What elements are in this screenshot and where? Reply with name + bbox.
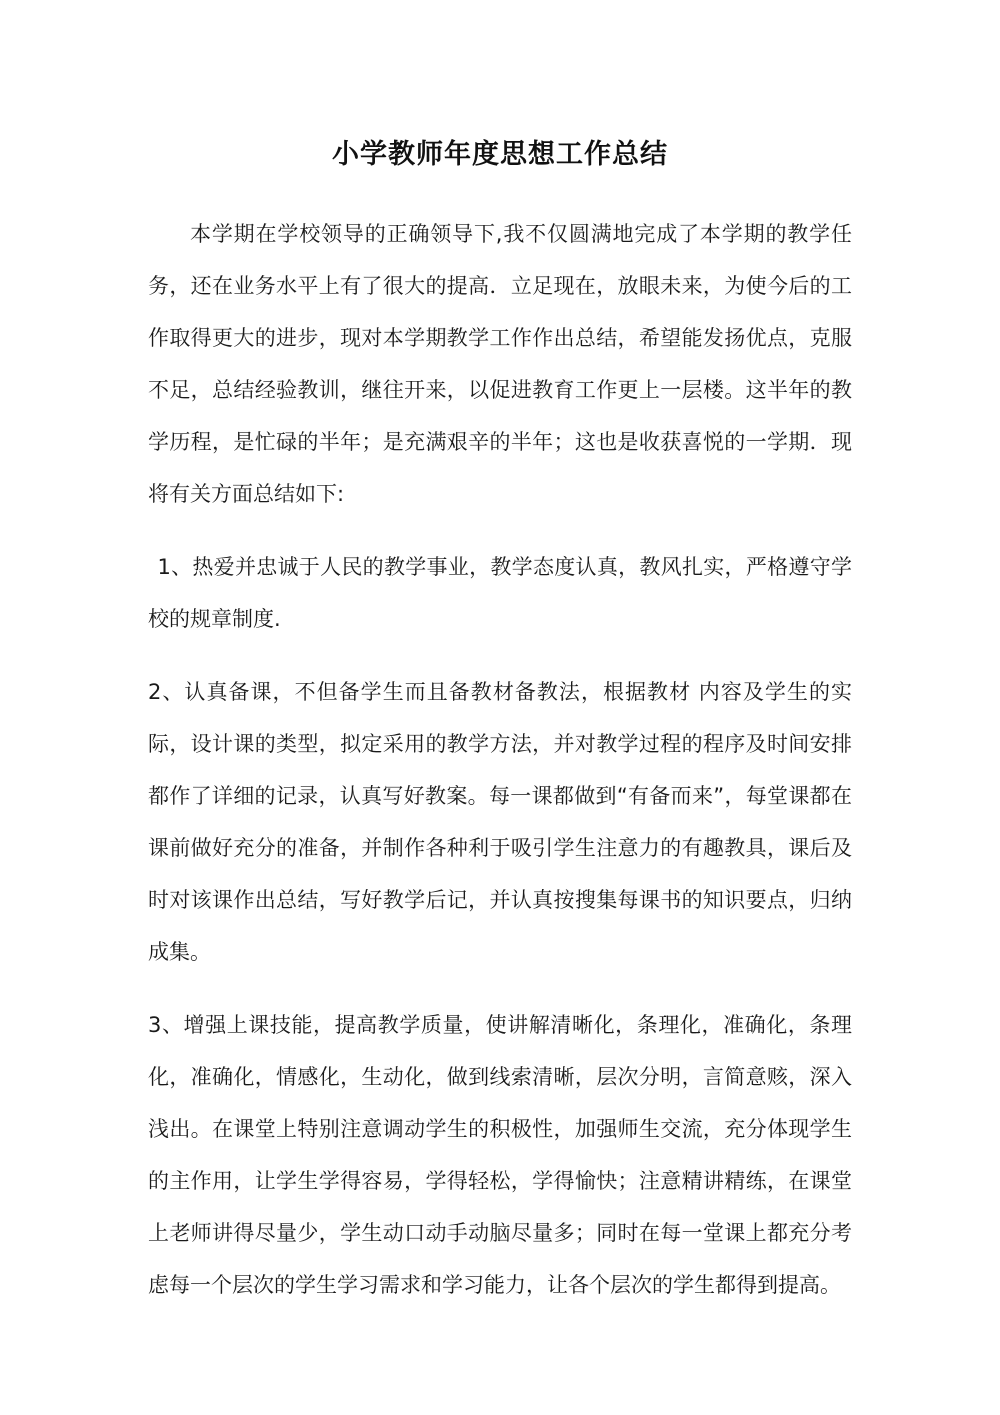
paragraph-point-3: 3、增强上课技能，提高教学质量，使讲解清晰化，条理化，准确化，条理化，准确化，情… <box>148 999 852 1311</box>
paragraph-intro: 本学期在学校领导的正确领导下,我不仅圆满地完成了本学期的教学任务，还在业务水平上… <box>148 208 852 520</box>
document-page: 小学教师年度思想工作总结 本学期在学校领导的正确领导下,我不仅圆满地完成了本学期… <box>0 0 1000 1415</box>
paragraph-point-1: 1、热爱并忠诚于人民的教学事业，教学态度认真，教风扎实，严格遵守学校的规章制度. <box>148 541 852 645</box>
document-title: 小学教师年度思想工作总结 <box>148 138 852 172</box>
paragraph-point-2: 2、认真备课，不但备学生而且备教材备教法，根据教材 内容及学生的实际，设计课的类… <box>148 666 852 978</box>
